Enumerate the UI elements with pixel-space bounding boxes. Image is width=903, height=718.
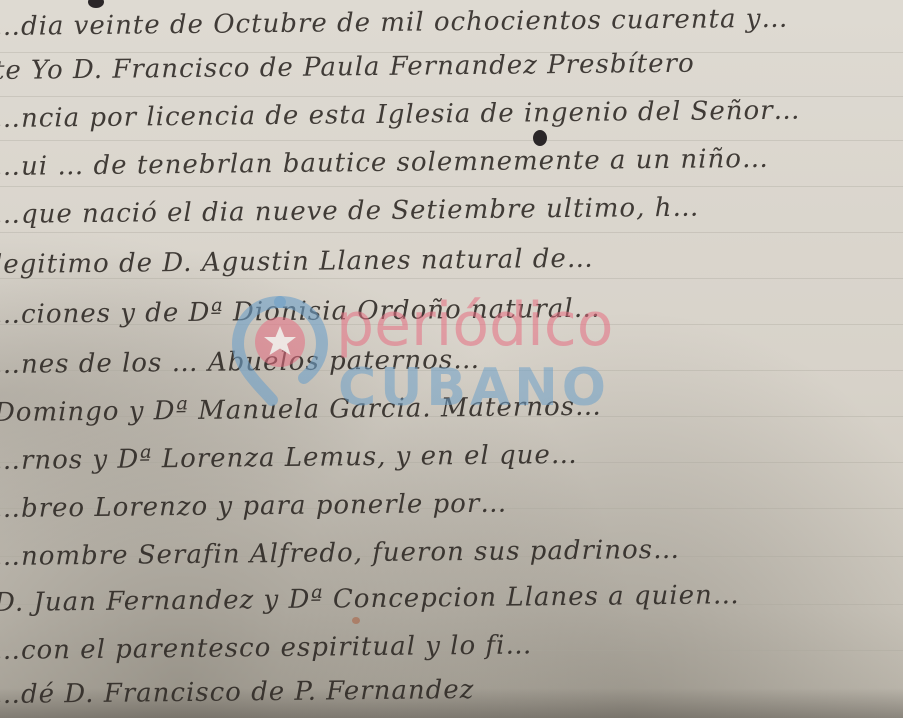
text-line: legitimo de D. Agustin Llanes natural de… [0, 244, 594, 280]
ruled-line [0, 232, 903, 233]
page-edge-shadow [0, 688, 903, 718]
text-line: …con el parentesco espiritual y lo fi… [0, 630, 533, 666]
ruled-line [0, 186, 903, 187]
watermark-bottom-text: CUBANO [338, 358, 610, 418]
location-pin-star-icon [232, 296, 328, 406]
paper-stain [352, 617, 360, 624]
text-line: …rnos y Dª Lorenza Lemus, y en el que… [0, 440, 578, 476]
watermark: periódico CUBANO [232, 296, 672, 426]
watermark-top-text: periódico [336, 290, 614, 360]
ruled-line [0, 140, 903, 141]
ink-blot [533, 130, 547, 146]
text-line: …breo Lorenzo y para ponerle por… [0, 489, 507, 524]
